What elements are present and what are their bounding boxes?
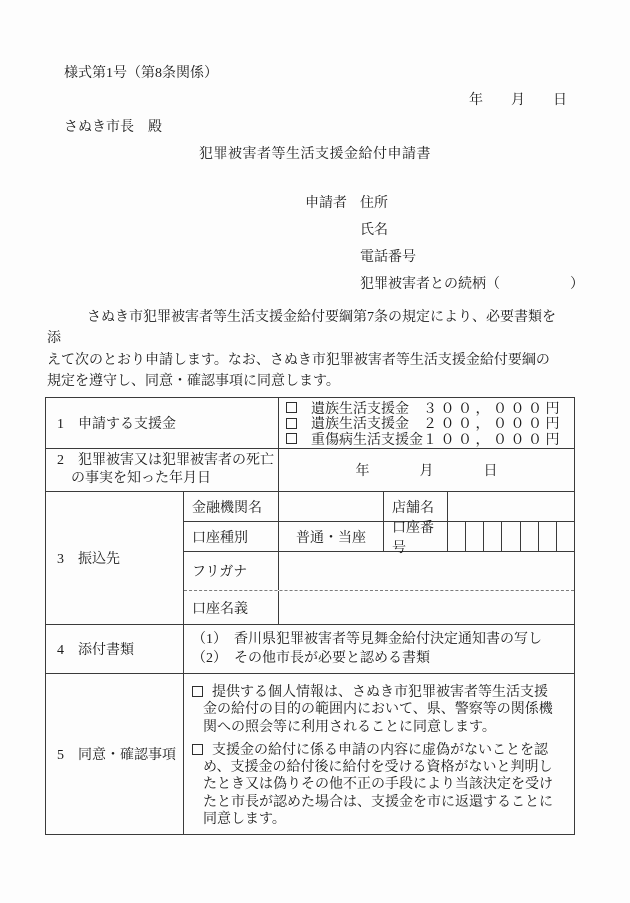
name-field-label[interactable]: 氏名 (360, 217, 388, 244)
account-type-value[interactable]: 普通・当座 (279, 522, 384, 551)
account-row: 口座種別 普通・当座 口座番号 (184, 522, 574, 552)
addressee: さぬき市長 殿 (64, 116, 162, 136)
row-attachments-label: 4 添付書類 (46, 625, 184, 673)
row-date-known-label: 2 犯罪被害又は犯罪被害者の死亡 の事実を知った年月日 (46, 449, 279, 491)
attachment-item: （2） その他市長が必要と認める書類 (192, 649, 574, 669)
account-number-box[interactable] (538, 522, 556, 551)
consent-list: 提供する個人情報は、さぬき市犯罪被害者等生活支援 金の給付の目的の範囲内において… (184, 674, 574, 834)
applicant-address-row: 申請者 住所 (305, 190, 584, 217)
day-label: 日 (553, 89, 567, 109)
spacer (305, 217, 360, 244)
page-title: 犯罪被害者等生活支援金給付申請書 (0, 143, 630, 163)
consent-item-text: 提供する個人情報は、さぬき市犯罪被害者等生活支援 金の給付の目的の範囲内において… (203, 685, 553, 735)
account-holder-label: 口座名義 (184, 591, 279, 624)
consent-item: 支援金の給付に係る申請の内容に虚偽がないことを認 め、支援金の給付後に給付を受け… (192, 742, 568, 828)
applicant-block: 申請者 住所 氏名 電話番号 犯罪被害者との続柄（ ） (305, 190, 584, 298)
applicant-relation-row: 犯罪被害者との続柄（ ） (305, 271, 584, 298)
transfer-subtable: 金融機関名 店舗名 口座種別 普通・当座 口座番号 (184, 492, 574, 624)
consent-item: 提供する個人情報は、さぬき市犯罪被害者等生活支援 金の給付の目的の範囲内において… (192, 684, 568, 736)
row-attachments: 4 添付書類 （1） 香川県犯罪被害者等見舞金給付決定通知書の写し （2） その… (46, 624, 574, 673)
form-page: 様式第1号（第8条関係） 年 月 日 さぬき市長 殿 犯罪被害者等生活支援金給付… (0, 0, 630, 903)
account-number-box[interactable] (501, 522, 519, 551)
checkbox-icon[interactable] (192, 686, 203, 697)
account-holder-input[interactable] (279, 591, 574, 624)
attachment-item: （1） 香川県犯罪被害者等見舞金給付決定通知書の写し (192, 630, 574, 650)
spacer (305, 244, 360, 271)
branch-name-input[interactable] (448, 492, 574, 521)
applicant-name-row: 氏名 (305, 217, 584, 244)
address-field-label[interactable]: 住所 (360, 190, 388, 217)
row-transfer: 3 振込先 金融機関名 店舗名 口座種別 普通・当座 口座番号 (46, 491, 574, 624)
support-option-amount: １００，０００円 (423, 429, 563, 449)
form-number: 様式第1号（第8条関係） (64, 62, 218, 82)
account-type-label: 口座種別 (184, 522, 279, 551)
checkbox-icon[interactable] (286, 418, 297, 429)
account-number-box[interactable] (520, 522, 538, 551)
furigana-input[interactable] (279, 552, 574, 590)
account-number-boxes (448, 522, 574, 551)
year-label: 年 (469, 89, 483, 109)
account-number-label: 口座番号 (384, 522, 448, 551)
account-number-box[interactable] (556, 522, 574, 551)
spacer (305, 271, 360, 298)
relation-field-label[interactable]: 犯罪被害者との続柄（ ） (360, 271, 584, 298)
day-label: 日 (484, 460, 498, 480)
row-transfer-label: 3 振込先 (46, 492, 184, 624)
account-number-box[interactable] (465, 522, 483, 551)
bank-name-label: 金融機関名 (184, 492, 279, 521)
consent-item-text: 支援金の給付に係る申請の内容に虚偽がないことを認 め、支援金の給付後に給付を受け… (203, 743, 553, 827)
date-known-input[interactable]: 年 月 日 (279, 449, 574, 491)
month-label: 月 (511, 89, 525, 109)
applicant-phone-row: 電話番号 (305, 244, 584, 271)
applicant-label: 申請者 (305, 190, 360, 217)
account-number-box[interactable] (448, 522, 465, 551)
row-support-label: 1 申請する支援金 (46, 398, 279, 448)
attachment-list: （1） 香川県犯罪被害者等見舞金給付決定通知書の写し （2） その他市長が必要と… (184, 625, 574, 673)
checkbox-icon[interactable] (192, 744, 203, 755)
support-option-name: 重傷病生活支援金 (311, 429, 423, 449)
furigana-row: フリガナ (184, 552, 574, 591)
bank-name-input[interactable] (279, 492, 384, 521)
row-support: 1 申請する支援金 遺族生活支援金 ３００，０００円 遺族生活支援金 ２００，０… (46, 398, 574, 448)
phone-field-label[interactable]: 電話番号 (360, 244, 416, 271)
holder-row: 口座名義 (184, 591, 574, 624)
row-consent-label: 5 同意・確認事項 (46, 674, 184, 834)
support-options: 遺族生活支援金 ３００，０００円 遺族生活支援金 ２００，０００円 重傷病生活支… (279, 398, 574, 448)
bank-row: 金融機関名 店舗名 (184, 492, 574, 522)
checkbox-icon[interactable] (286, 433, 297, 444)
header-date-line: 年 月 日 (469, 89, 567, 109)
year-label: 年 (356, 460, 370, 480)
account-number-box[interactable] (483, 522, 501, 551)
furigana-label: フリガナ (184, 552, 279, 590)
month-label: 月 (420, 460, 434, 480)
checkbox-icon[interactable] (286, 402, 297, 413)
row-consent: 5 同意・確認事項 提供する個人情報は、さぬき市犯罪被害者等生活支援 金の給付の… (46, 673, 574, 834)
support-option: 重傷病生活支援金 １００，０００円 (279, 431, 574, 447)
application-table: 1 申請する支援金 遺族生活支援金 ３００，０００円 遺族生活支援金 ２００，０… (45, 397, 575, 835)
row-date-known: 2 犯罪被害又は犯罪被害者の死亡 の事実を知った年月日 年 月 日 (46, 448, 574, 491)
declaration-paragraph: さぬき市犯罪被害者等生活支援金給付要綱第7条の規定により、必要書類を添 えて次の… (47, 307, 569, 392)
